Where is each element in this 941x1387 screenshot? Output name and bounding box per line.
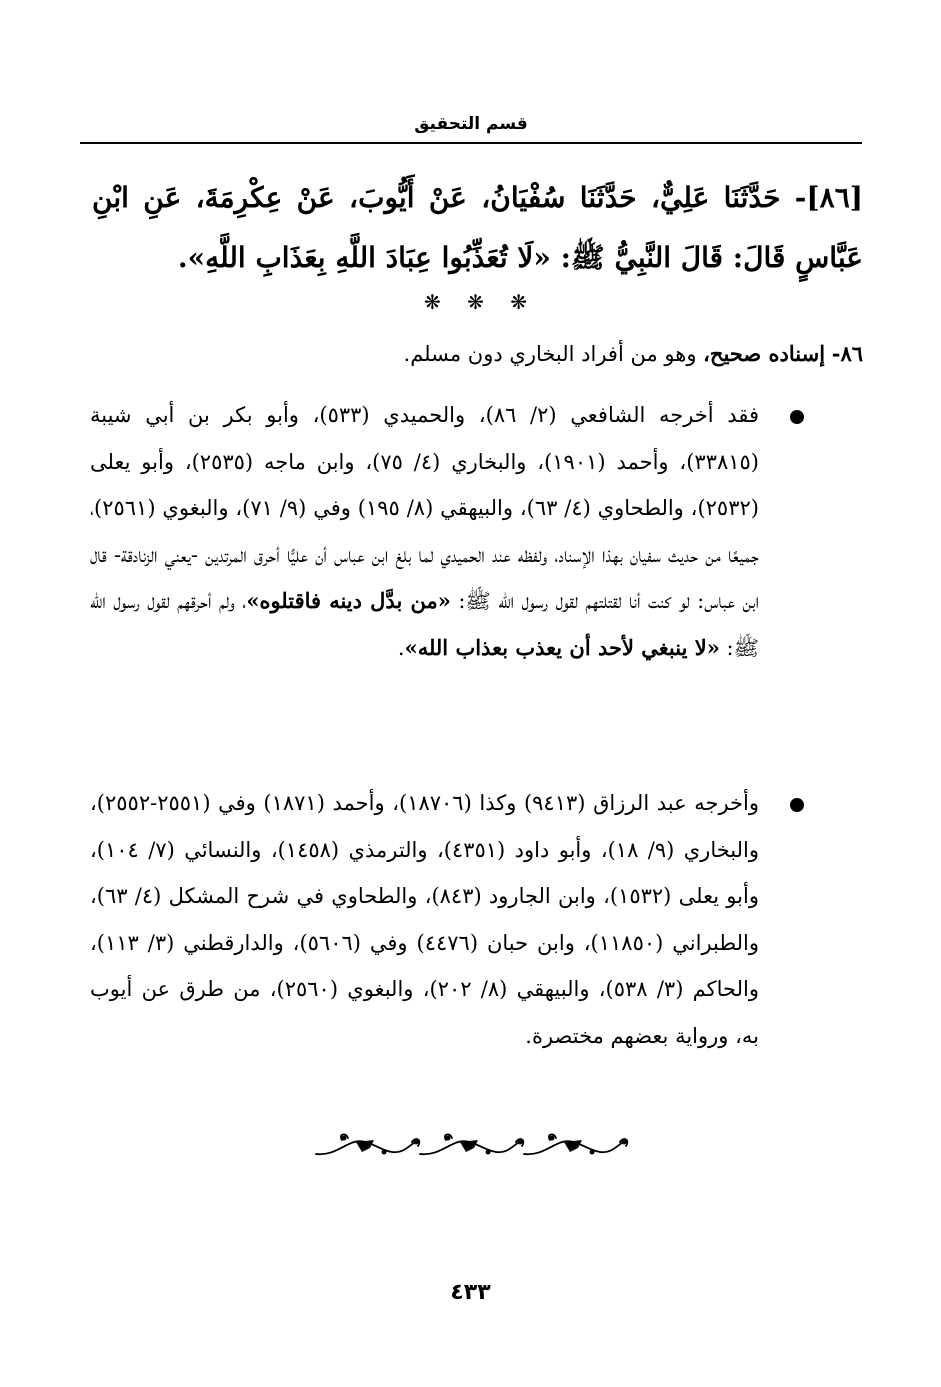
note-heading: ٨٦- إسناده صحيح، وهو من أفراد البخاري دو…	[404, 336, 863, 372]
bullet-1-text-a: فقد أخرجه الشافعي (٢/ ٨٦)، والحميدي (٥٣٣…	[90, 403, 759, 613]
bullet-icon	[790, 798, 804, 812]
bullet-paragraph-2: وأخرجه عبد الرزاق (٩٤١٣) وكذا (١٨٧٠٦)، و…	[90, 780, 759, 1059]
bullet-1-quote-b: «لا ينبغي لأحد أن يعذب بعذاب الله»	[405, 635, 720, 660]
note-number: ٨٦-	[832, 341, 863, 366]
bullet-paragraph-1: فقد أخرجه الشافعي (٢/ ٨٦)، والحميدي (٥٣٣…	[90, 392, 759, 671]
page-number: ٤٣٣	[0, 1278, 941, 1308]
bullet-1-quote-a: «من بدَّل دينه فاقتلوه»	[246, 588, 451, 613]
book-page: قسم التحقيق [٨٦]- حَدَّثَنَا عَلِيٌّ، حَ…	[0, 0, 941, 1387]
section-separator-stars: ❋ ❋ ❋	[0, 290, 941, 314]
note-grade: إسناده صحيح،	[703, 341, 825, 366]
header-rule	[80, 142, 862, 144]
bullet-1-text-c: .	[398, 636, 405, 660]
bullet-icon	[790, 410, 804, 424]
running-header: قسم التحقيق	[80, 112, 862, 136]
hadith-text: [٨٦]- حَدَّثَنَا عَلِيٌّ، حَدَّثَنَا سُف…	[92, 168, 863, 288]
note-rest: وهو من أفراد البخاري دون مسلم.	[404, 342, 704, 366]
floral-divider-icon	[312, 1128, 632, 1162]
